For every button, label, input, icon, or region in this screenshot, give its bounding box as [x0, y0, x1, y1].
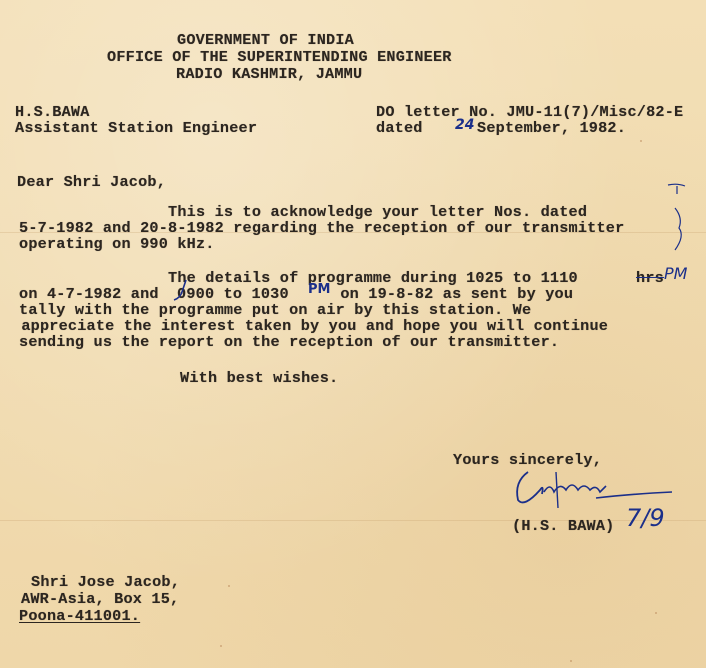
- paragraph-line: tally with the programme put on air by t…: [19, 302, 531, 318]
- salutation: Dear Shri Jacob,: [17, 174, 166, 190]
- recipient-name: Shri Jose Jacob,: [31, 574, 180, 590]
- paragraph-line: on 19-8-82 as sent by you: [331, 286, 573, 302]
- paper-speck: [220, 645, 222, 647]
- do-letter-number: DO letter No. JMU-11(7)/Misc/82-E: [376, 104, 683, 120]
- paragraph-line: 5-7-1982 and 20-8-1982 regarding the rec…: [19, 220, 624, 236]
- paragraph-line: appreciate the interest taken by you and…: [12, 318, 608, 334]
- recipient-org: AWR-Asia, Box 15,: [21, 591, 179, 607]
- paragraph-line: sending us the report on the reception o…: [19, 334, 559, 350]
- dated-month-year: September, 1982.: [477, 120, 626, 136]
- struck-hrs: hrs: [636, 270, 664, 286]
- sender-title: Assistant Station Engineer: [15, 120, 257, 136]
- valediction: Yours sincerely,: [453, 452, 602, 468]
- handwritten-pm-overwrite: PM: [308, 282, 330, 297]
- sender-name: H.S.BAWA: [15, 104, 90, 120]
- handwritten-pm: PM: [664, 264, 687, 283]
- closing-wish: With best wishes.: [180, 370, 338, 386]
- letter-paper: GOVERNMENT OF INDIA OFFICE OF THE SUPERI…: [0, 0, 706, 668]
- paragraph-line: The details of programme during 1025 to …: [19, 270, 587, 286]
- letterhead-station: RADIO KASHMIR, JAMMU: [176, 66, 362, 82]
- paper-speck: [640, 140, 642, 142]
- paragraph-line: operating on 990 kHz.: [19, 236, 215, 252]
- paper-speck: [228, 585, 230, 587]
- handwritten-date-day: 24: [455, 117, 474, 133]
- signed-name: (H.S. BAWA): [512, 518, 614, 534]
- letterhead-office: OFFICE OF THE SUPERINTENDING ENGINEER: [107, 49, 452, 65]
- paper-speck: [655, 612, 657, 614]
- letterhead-government: GOVERNMENT OF INDIA: [177, 32, 354, 48]
- dated-label: dated: [376, 120, 432, 136]
- paper-speck: [570, 660, 572, 662]
- margin-bracket-mark: [665, 180, 695, 260]
- handwritten-sign-date: 7/9: [626, 504, 665, 532]
- recipient-city: Poona-411001.: [19, 608, 140, 624]
- paragraph-line: on 4-7-1982 and: [19, 286, 168, 302]
- paragraph-line: This is to acknowledge your letter Nos. …: [19, 204, 587, 220]
